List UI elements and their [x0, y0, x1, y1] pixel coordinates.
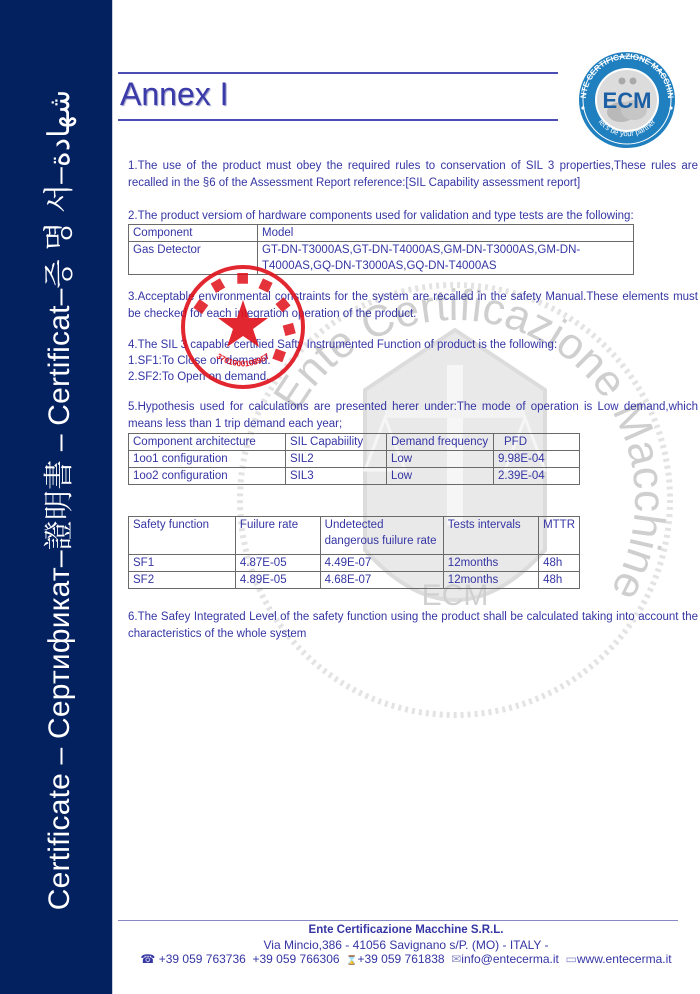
table-header-cell: Component — [129, 225, 258, 242]
table-cell: GT-DN-T3000AS,GT-DN-T4000AS,GM-DN-T3000A… — [258, 242, 634, 275]
section-2-text: 2.The product versiom of hardware compon… — [128, 208, 698, 225]
table-cell: Low — [387, 451, 494, 468]
table-row: 1oo1 configuration SIL2 Low 9.98E-04 — [129, 451, 580, 468]
table-cell: 2.39E-04 — [494, 468, 580, 485]
title-rule-bottom — [118, 119, 558, 121]
section-5-text: 5.Hypothesis used for calculations are p… — [128, 399, 698, 433]
table-cell: SF2 — [129, 572, 236, 589]
phone-icon: ☎ — [140, 952, 155, 966]
table-header-row: Component Model — [129, 225, 634, 242]
table-header-cell: MTTR — [539, 517, 580, 555]
table-header-cell: Demand frequency — [387, 434, 494, 451]
section-6-text: 6.The Safey Integrated Level of the safe… — [128, 609, 698, 643]
table-cell: 9.98E-04 — [494, 451, 580, 468]
footer-website-link[interactable]: www.entecerma.it — [577, 952, 672, 966]
table-row: SF1 4.87E-05 4.49E-07 12months 48h — [129, 555, 580, 572]
footer-rule — [118, 920, 678, 921]
table-cell: 48h — [539, 555, 580, 572]
section-1-text: 1.The use of the product must obey the r… — [128, 158, 698, 192]
table-header-cell: PFD — [494, 434, 580, 451]
page-title: Annex I — [120, 76, 229, 113]
svg-text:■: ■ — [236, 270, 249, 286]
title-rule-top — [118, 72, 558, 74]
sidebar-band: Certificate – Сертификат–證明書 – Certifica… — [0, 0, 113, 994]
table-cell: SF1 — [129, 555, 236, 572]
table-row: 1oo2 configuration SIL3 Low 2.39E-04 — [129, 468, 580, 485]
web-icon: ▭ — [566, 952, 577, 966]
table-header-cell: Tests intervals — [443, 517, 538, 555]
table-cell: 4.68E-07 — [320, 572, 443, 589]
footer-address: Via Mincio,386 - 41056 Savignano s/P. (M… — [112, 938, 700, 952]
logo-ecm-text: ECM — [603, 88, 652, 113]
fax-icon: ⌛ — [346, 955, 357, 965]
table-header-cell: Safety function — [129, 517, 236, 555]
table-header-cell: Model — [258, 225, 634, 242]
svg-text:■: ■ — [256, 275, 275, 295]
table-cell: SIL3 — [286, 468, 387, 485]
table-header-cell: Component architecture — [129, 434, 286, 451]
table-header-cell: Fuilure rate — [235, 517, 320, 555]
company-seal-stamp: ■ ■ ■ ■ ■ ■ ■ 3701000108957 — [178, 262, 308, 392]
svg-text:■: ■ — [280, 321, 299, 338]
footer-contacts: ☎ +39 059 763736 +39 059 766306 ⌛+39 059… — [112, 952, 700, 966]
table-cell: 12months — [443, 572, 538, 589]
architecture-table: Component architecture SIL Capabiility D… — [128, 433, 580, 485]
table-header-row: Safety function Fuilure rate Undetected … — [129, 517, 580, 555]
sidebar-certificate-text: Certificate – Сертификат–證明書 – Certifica… — [34, 90, 78, 910]
table-cell: SIL2 — [286, 451, 387, 468]
table-header-row: Component architecture SIL Capabiility D… — [129, 434, 580, 451]
table-cell: 12months — [443, 555, 538, 572]
table-cell: 4.87E-05 — [235, 555, 320, 572]
footer-fax: +39 059 761838 — [357, 952, 444, 966]
table-cell: 1oo1 configuration — [129, 451, 286, 468]
table-cell: 4.89E-05 — [235, 572, 320, 589]
footer-company-name: Ente Certificazione Macchine S.R.L. — [112, 924, 700, 936]
svg-text:■: ■ — [270, 347, 290, 365]
footer-phone-2: +39 059 766306 — [252, 952, 339, 966]
table-header-cell: Undetected dangerous fuilure rate — [320, 517, 443, 555]
table-header-cell: SIL Capabiility — [286, 434, 387, 451]
table-cell: Low — [387, 468, 494, 485]
table-cell: 4.49E-07 — [320, 555, 443, 572]
safety-function-table: Safety function Fuilure rate Undetected … — [128, 516, 580, 589]
footer-email-link[interactable]: info@entecerma.it — [461, 952, 559, 966]
stamp-serial: 3701000108957 — [215, 351, 272, 368]
svg-text:■: ■ — [190, 296, 211, 316]
ecm-logo: ECM ENTE CERTIFICAZIONE MACCHINE let's b… — [566, 50, 688, 150]
email-icon: ✉ — [451, 952, 461, 966]
svg-text:■: ■ — [273, 294, 294, 314]
table-row: SF2 4.89E-05 4.68E-07 12months 48h — [129, 572, 580, 589]
table-cell: 1oo2 configuration — [129, 468, 286, 485]
table-cell: 48h — [539, 572, 580, 589]
footer-phone-1: +39 059 763736 — [159, 952, 246, 966]
